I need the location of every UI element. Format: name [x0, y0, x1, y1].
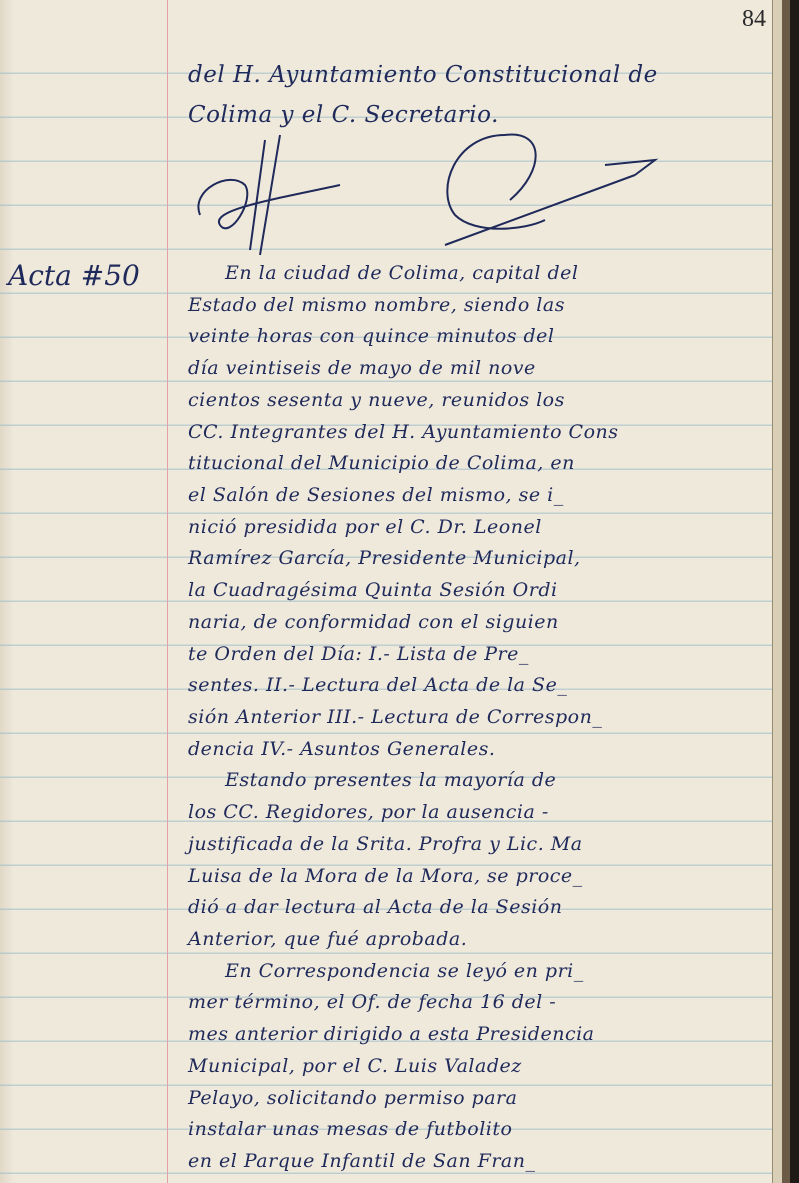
signature-president [190, 130, 370, 260]
margin-note-act-number: Acta #50 [8, 259, 140, 292]
body-line: nició presidida por el C. Dr. Leonel [188, 516, 768, 538]
body-line: Pelayo, solicitando permiso para [188, 1087, 768, 1109]
body-line: Luisa de la Mora de la Mora, se proce_ [188, 865, 768, 887]
body-line: el Salón de Sesiones del mismo, se i_ [188, 484, 768, 506]
body-line: En la ciudad de Colima, capital del [225, 262, 799, 284]
body-line: dió a dar lectura al Acta de la Sesión [188, 896, 768, 918]
body-line: Ramírez García, Presidente Municipal, [188, 547, 768, 569]
body-line: la Cuadragésima Quinta Sesión Ordi [188, 579, 768, 601]
body-line: instalar unas mesas de futbolito [188, 1118, 768, 1140]
body-line: día veintiseis de mayo de mil nove [188, 357, 768, 379]
book-spine [782, 0, 790, 1183]
body-line: CC. Integrantes del H. Ayuntamiento Cons [188, 421, 768, 443]
body-line: Estando presentes la mayoría de [225, 769, 799, 791]
signature-secretary [435, 130, 675, 250]
header-line-1: del H. Ayuntamiento Constitucional de [188, 62, 768, 88]
body-line: en el Parque Infantil de San Fran_ [188, 1150, 768, 1172]
body-line: mes anterior dirigido a esta Presidencia [188, 1023, 768, 1045]
body-line: Municipal, por el C. Luis Valadez [188, 1055, 768, 1077]
body-line: En Correspondencia se leyó en pri_ [225, 960, 799, 982]
body-line: justificada de la Srita. Profra y Lic. M… [188, 833, 768, 855]
body-line: te Orden del Día: I.- Lista de Pre_ [188, 643, 768, 665]
body-line: sión Anterior III.- Lectura de Correspon… [188, 706, 768, 728]
body-line: titucional del Municipio de Colima, en [188, 452, 768, 474]
body-line: Anterior, que fué aprobada. [188, 928, 768, 950]
body-line: veinte horas con quince minutos del [188, 325, 768, 347]
body-line: mer término, el Of. de fecha 16 del - [188, 991, 768, 1013]
body-line: los CC. Regidores, por la ausencia - [188, 801, 768, 823]
body-line: cientos sesenta y nueve, reunidos los [188, 389, 768, 411]
margin-line [167, 0, 168, 1183]
page-number: 84 [742, 6, 766, 33]
body-line: sentes. II.- Lectura del Acta de la Se_ [188, 674, 768, 696]
header-line-2: Colima y el C. Secretario. [188, 102, 768, 128]
body-line: dencia IV.- Asuntos Generales. [188, 738, 768, 760]
body-line: Estado del mismo nombre, siendo las [188, 294, 768, 316]
body-line: naria, de conformidad con el siguien [188, 611, 768, 633]
book-cover-edge [790, 0, 799, 1183]
